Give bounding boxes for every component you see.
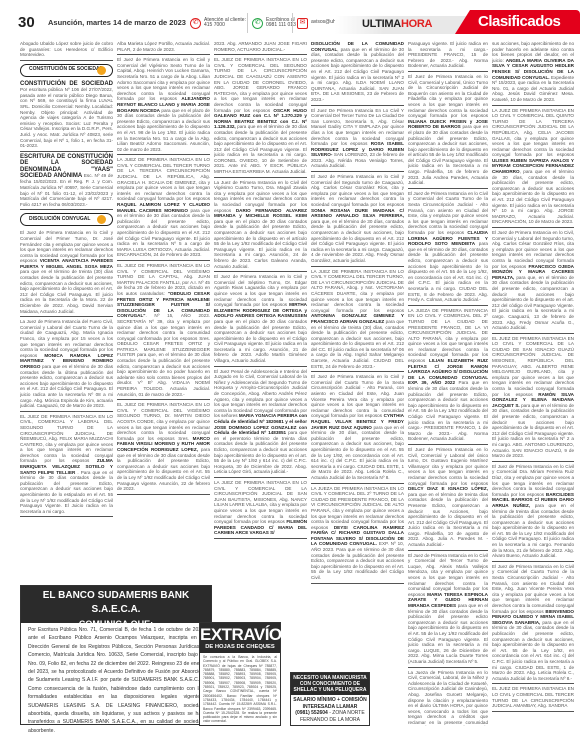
notice-text: para que en el perentorio término de tre… <box>214 430 307 474</box>
column-3: 2023. Abg. ARMANDO JUAN JOSE FIGARI ROME… <box>214 40 307 622</box>
notice-names: SONIA ROSANA DURE MAIDANA C/ ARSENIO ARN… <box>311 208 404 219</box>
notice-text: para que en el término de 30 días contad… <box>408 603 488 664</box>
notice-text: para que en el término de treinta (30) d… <box>20 269 113 313</box>
notice-text: El Juez de Primera Instancia en lo Civil… <box>408 553 488 597</box>
notice-text: para que en el término de treinta días c… <box>492 503 574 558</box>
notice-text: El Juez de Primera Instancia en lo Civil… <box>492 564 574 614</box>
section-header-disolucion: DISOLUCIÓN CONYUGAL <box>20 213 113 226</box>
notice-text: LA JUEZ DE PRIMERA INSTANCIA EN LO CIVIL… <box>117 157 210 201</box>
notice-text: EL JUEZ DE PRIMERA INSTANCIA EN LO CIVIL… <box>214 57 307 112</box>
notice-text: para que en el plazo de 30 días contados… <box>214 219 307 269</box>
extravio-body: Se comunica a la Banca, la Industria, al… <box>200 653 280 726</box>
notice-text: para que, en el término de 30 días conta… <box>492 275 574 330</box>
notice-text: LA JUEZ DE PRIMERA INSTANCIA EN LO CIVIL… <box>492 108 574 158</box>
pen-icon <box>97 66 106 75</box>
notice: El Juez de Primera Instancia en lo Civil… <box>311 373 404 483</box>
notice: EL JUEZ DE PRIMERA INSTANCIA EN LO CIVIL… <box>214 56 307 177</box>
notice-text: Abogado Ubaldo López sobre juicio de cob… <box>20 41 113 57</box>
notice: EL JUEZ DE PRIMERA INSTANCIA EN LO CIVIL… <box>117 262 210 400</box>
contact-value: 415 7000 <box>204 22 225 28</box>
job-ad-header: NECESITO UNA MANICURISTA CON CONOCIMIENT… <box>291 673 369 695</box>
section-header-constitucion: CONSTITUCIÓN DE SOCIEDAD <box>20 64 113 77</box>
notice-text: para que, en el término de 30 días, cont… <box>311 219 404 263</box>
page-number: 30 <box>18 14 35 31</box>
notice-text: para que en el término de treinta días c… <box>408 492 488 547</box>
notice-text: . Nº 15, AÑO 2023. SECRETARÍA Nº 39, cit… <box>117 313 210 396</box>
notice: 2023. Abg. ARMANDO JUAN JOSE FIGARI ROME… <box>214 40 307 55</box>
notice: El Juez de Primera Instancia en lo Civil… <box>214 273 307 367</box>
notice: Abogado Ubaldo López sobre juicio de cob… <box>20 40 113 61</box>
job-ad-phone[interactable]: (0981) 552604 <box>295 710 328 716</box>
notice-text: EL JUEZ DE PRIMERA INSTANCIA EN LO CIVIL… <box>20 414 113 464</box>
notice: EL JUEZ DE PRIMERA INSTANCIA EN LO CIVIL… <box>492 685 574 711</box>
notice-text: para que en el término de 30 días, conta… <box>492 620 574 681</box>
brand-main: ULTIMA <box>362 18 401 30</box>
notice: EL JUEZ DE PRIMERA INSTANCIA EN LO CIVIL… <box>20 413 113 518</box>
notice: EL JUEZ DE PRIMERA INSTANCIA EN LO CIVIL… <box>117 401 210 495</box>
notice-text: EL JUEZ DE PRIMERA INSTANCIA EN LO CIVIL… <box>492 686 574 708</box>
notice-text: El Juez Penal de Adolescencia e Interino… <box>214 369 307 419</box>
notice: LA JUEZA DE PRIMERA INSTANCIA EN LO CIVI… <box>311 485 404 584</box>
notice-text: para que en el término de 30 días contad… <box>117 208 210 258</box>
brand-logo: ULTIMAHORA <box>362 18 432 30</box>
notice: LA JUEZ DE PRIMERA INSTANCIA EN LO CIVIL… <box>311 268 404 373</box>
notice: LA JUEZ DE PRIMERA INSTANCIA EN LO CIVIL… <box>117 156 210 261</box>
pen-icon <box>97 215 106 224</box>
extravio-title: EXTRAVÍO <box>200 625 280 644</box>
notice: El Juez De Primera Instancia En Lo Civil… <box>311 107 404 173</box>
phone-icon: ✆ <box>190 18 201 29</box>
notice: El Juez de Primera Instancia en lo Civil… <box>311 173 404 267</box>
page-date: Asunción, martes 14 de marzo de 2023 <box>48 18 186 27</box>
column-5: Paraguayo vigente. El juicio radica en l… <box>408 40 488 726</box>
sudameris-body: Por Escritura Pública Nro. 71, Comercial… <box>21 623 211 738</box>
notice-text: para que en el término de 30 días, conta… <box>492 403 574 458</box>
brand-accent: HORA <box>401 18 432 30</box>
notice: Paraguayo vigente. El juicio radica en l… <box>408 40 488 72</box>
notice-text: El Juez de Primera Instancia en lo Civil… <box>311 174 404 207</box>
job-ad-salary: SALARIO MÍNIMO + COMISIÓN <box>293 697 366 703</box>
notice-text: LA JUEZ DE PRIMERA INSTANCIA EN LO CIVIL… <box>311 269 404 313</box>
notice-text: Para que en término de 30 días contados … <box>408 380 488 441</box>
notice-text: para que en el término de 30 días contad… <box>20 364 113 408</box>
notice: El Juez de Primera Instancia en lo Civil… <box>20 229 113 317</box>
notice-text: EXP. Nº 10, AÑO 2023. Para que en términ… <box>311 541 404 580</box>
notice: sus acciones, bajo apercibimiento de no … <box>492 40 574 106</box>
job-ad-cta: INTERESADA LLAMAR <box>303 704 358 710</box>
notice-text: , para que en el término de 30 días, con… <box>492 169 574 224</box>
notice-title: CONSTITUCIÓN DE SOCIEDAD <box>20 81 113 87</box>
whatsapp-icon: ✆ <box>252 18 263 29</box>
section-header-label: DISOLUCIÓN CONYUGAL <box>29 217 90 223</box>
notice-text: Por escritura pública Nº 106 del 27/07/2… <box>20 87 113 148</box>
sudameris-header: EL BANCO SUDAMERIS BANK S.A.E.C.A. COMUN… <box>21 586 211 623</box>
extravio-header: EXTRAVÍO DE HOJAS DE CHEQUES <box>200 623 280 653</box>
contact-phone[interactable]: ✆ Atención al cliente:415 7000 <box>190 13 246 33</box>
contact-whatsapp[interactable]: ✆ Escríbinos al0981 111 013 <box>247 13 296 33</box>
notice-text: para que en el plazo de 30 días contados… <box>214 319 307 363</box>
notice: El Juez de Primera Instancia en lo Civil… <box>408 446 488 551</box>
notice: La Juez de Primera Instancia del Fuero C… <box>20 318 113 412</box>
notice: EL JUEZ DE PRIMERA INSTANCIA EN LO CIVIL… <box>492 335 574 462</box>
notice-text: para que en el plazo de 30 días contados… <box>408 124 488 185</box>
notice: CONSTITUCIÓN DE SOCIEDAD Por escritura p… <box>20 80 113 152</box>
notice-text: Paraguayo vigente. El juicio radica en l… <box>408 41 488 68</box>
notice: Alba Marieta López Portillo, Actuaria Ju… <box>117 40 210 55</box>
notice: El Juez de Primera Instancia en lo Civil… <box>492 563 574 684</box>
sudameris-announcement: EL BANCO SUDAMERIS BANK S.A.E.C.A. COMUN… <box>20 585 212 725</box>
notice: LA JUEZ DE PRIMERA INSTANCIA EN LO CIVIL… <box>492 107 574 228</box>
notice-text: El Juez de Primera Instancia en lo Civil… <box>311 374 404 418</box>
notice: El Juez Penal de Adolescencia e Interino… <box>214 368 307 478</box>
notice-text: El Juez de Primera Instancia en lo Civil… <box>408 191 488 235</box>
notice: La Jueza de Primera Instancia en lo Civi… <box>408 669 488 726</box>
notice-text: LA JUEZA DE PRIMERA INSTANCIA EN LO CIVI… <box>311 486 404 530</box>
extravio-notice: EXTRAVÍO DE HOJAS DE CHEQUES Se comunica… <box>199 622 281 726</box>
notice: El Juez de Primera Instancia en lo Civil… <box>492 229 574 334</box>
column-1: Abogado Ubaldo López sobre juicio de cob… <box>20 40 113 582</box>
notice-text: Alba Marieta López Portillo, Actuaria Ju… <box>117 41 210 52</box>
notice-text: para que en el término de 30 días, conta… <box>311 425 404 480</box>
notice-text: EL JUEZ DE PRIMERA INSTANCIA EN LO CIVIL… <box>492 336 574 397</box>
section-header-label: CONSTITUCIÓN DE SOCIEDAD <box>29 67 103 73</box>
notice: La Juez de Primera Instancia en lo Civil… <box>214 179 307 273</box>
notice-text: para que en el plazo de 30 días contados… <box>117 108 210 152</box>
notice-text: para que en el término de 30 días contad… <box>117 447 210 491</box>
notice-text: . Para que en el término de 30 días cont… <box>20 470 113 514</box>
notice-text: 2023. Abg. ARMANDO JUAN JOSE FIGARI ROME… <box>214 41 307 52</box>
notice: El Juez de Primera Instancia en lo Civil… <box>492 463 574 562</box>
notice-text: La Jueza de Primera Instancia en lo Civi… <box>408 670 488 726</box>
notice-text: El Juez de Primera Instancia en lo Civil… <box>408 447 488 486</box>
notice-text: para que en el término de 30 días contad… <box>214 124 307 174</box>
mail-icon: ✉ <box>297 18 308 29</box>
extravio-subtitle: DE HOJAS DE CHEQUES <box>200 644 280 651</box>
notice-text: El Juez de Primera Instancia en lo Civil… <box>408 74 488 118</box>
column-6: sus acciones, bajo apercibimiento de no … <box>492 40 574 726</box>
notice: LA JUEZ DE PRIMERA INSTANCIA EN LO CIVIL… <box>214 479 307 539</box>
notice: El Juez de Primera Instancia en lo Civil… <box>408 73 488 189</box>
section-title: Clasificados <box>478 13 560 30</box>
sudameris-title: EL BANCO SUDAMERIS BANK S.A.E.C.A. <box>21 589 211 617</box>
notice-text: , para que en el término de 30 días, con… <box>311 47 404 102</box>
notice-names: DELCY DIAZ E IGNACIO LÓPEZ, <box>408 486 488 491</box>
notice-text: LA JUEZA DE PRIMERA INSTANCIA EN LO CIVI… <box>408 308 488 363</box>
page-header: 30 Asunción, martes 14 de marzo de 2023 … <box>0 0 580 34</box>
notice: El Juez de Primera Instancia en lo Civil… <box>408 552 488 668</box>
notice: DISOLUCIÓN DE LA COMUNIDAD CONYUGAL, par… <box>311 40 404 106</box>
notice: ESCRITURA DE CONSTITUCIÓN DE LA SOCIEDAD… <box>20 153 113 211</box>
column-2: Alba Marieta López Portillo, Actuaria Ju… <box>117 40 210 582</box>
notice: El Juez de Primera Instancia en lo Civil… <box>408 190 488 306</box>
notice: LA JUEZA DE PRIMERA INSTANCIA EN LO CIVI… <box>408 307 488 445</box>
notice-text: para que en el término de 30 días, conta… <box>408 241 488 302</box>
job-ad-body: SALARIO MÍNIMO + COMISIÓN INTERESADA LLA… <box>291 695 369 725</box>
notice-text: LA JUEZ DE PRIMERA INSTANCIA EN LO CIVIL… <box>214 480 307 524</box>
notice: El Juez de Primera Instancia en lo Civil… <box>117 56 210 155</box>
notice-text: para que en el término de treinta (30) d… <box>311 319 404 369</box>
column-4: DISOLUCIÓN DE LA COMUNIDAD CONYUGAL, par… <box>311 40 404 670</box>
notice-text: El Juez de Primera Instancia en lo Civil… <box>117 57 210 101</box>
job-ad-manicurist: NECESITO UNA MANICURISTA CON CONOCIMIENT… <box>290 672 370 726</box>
